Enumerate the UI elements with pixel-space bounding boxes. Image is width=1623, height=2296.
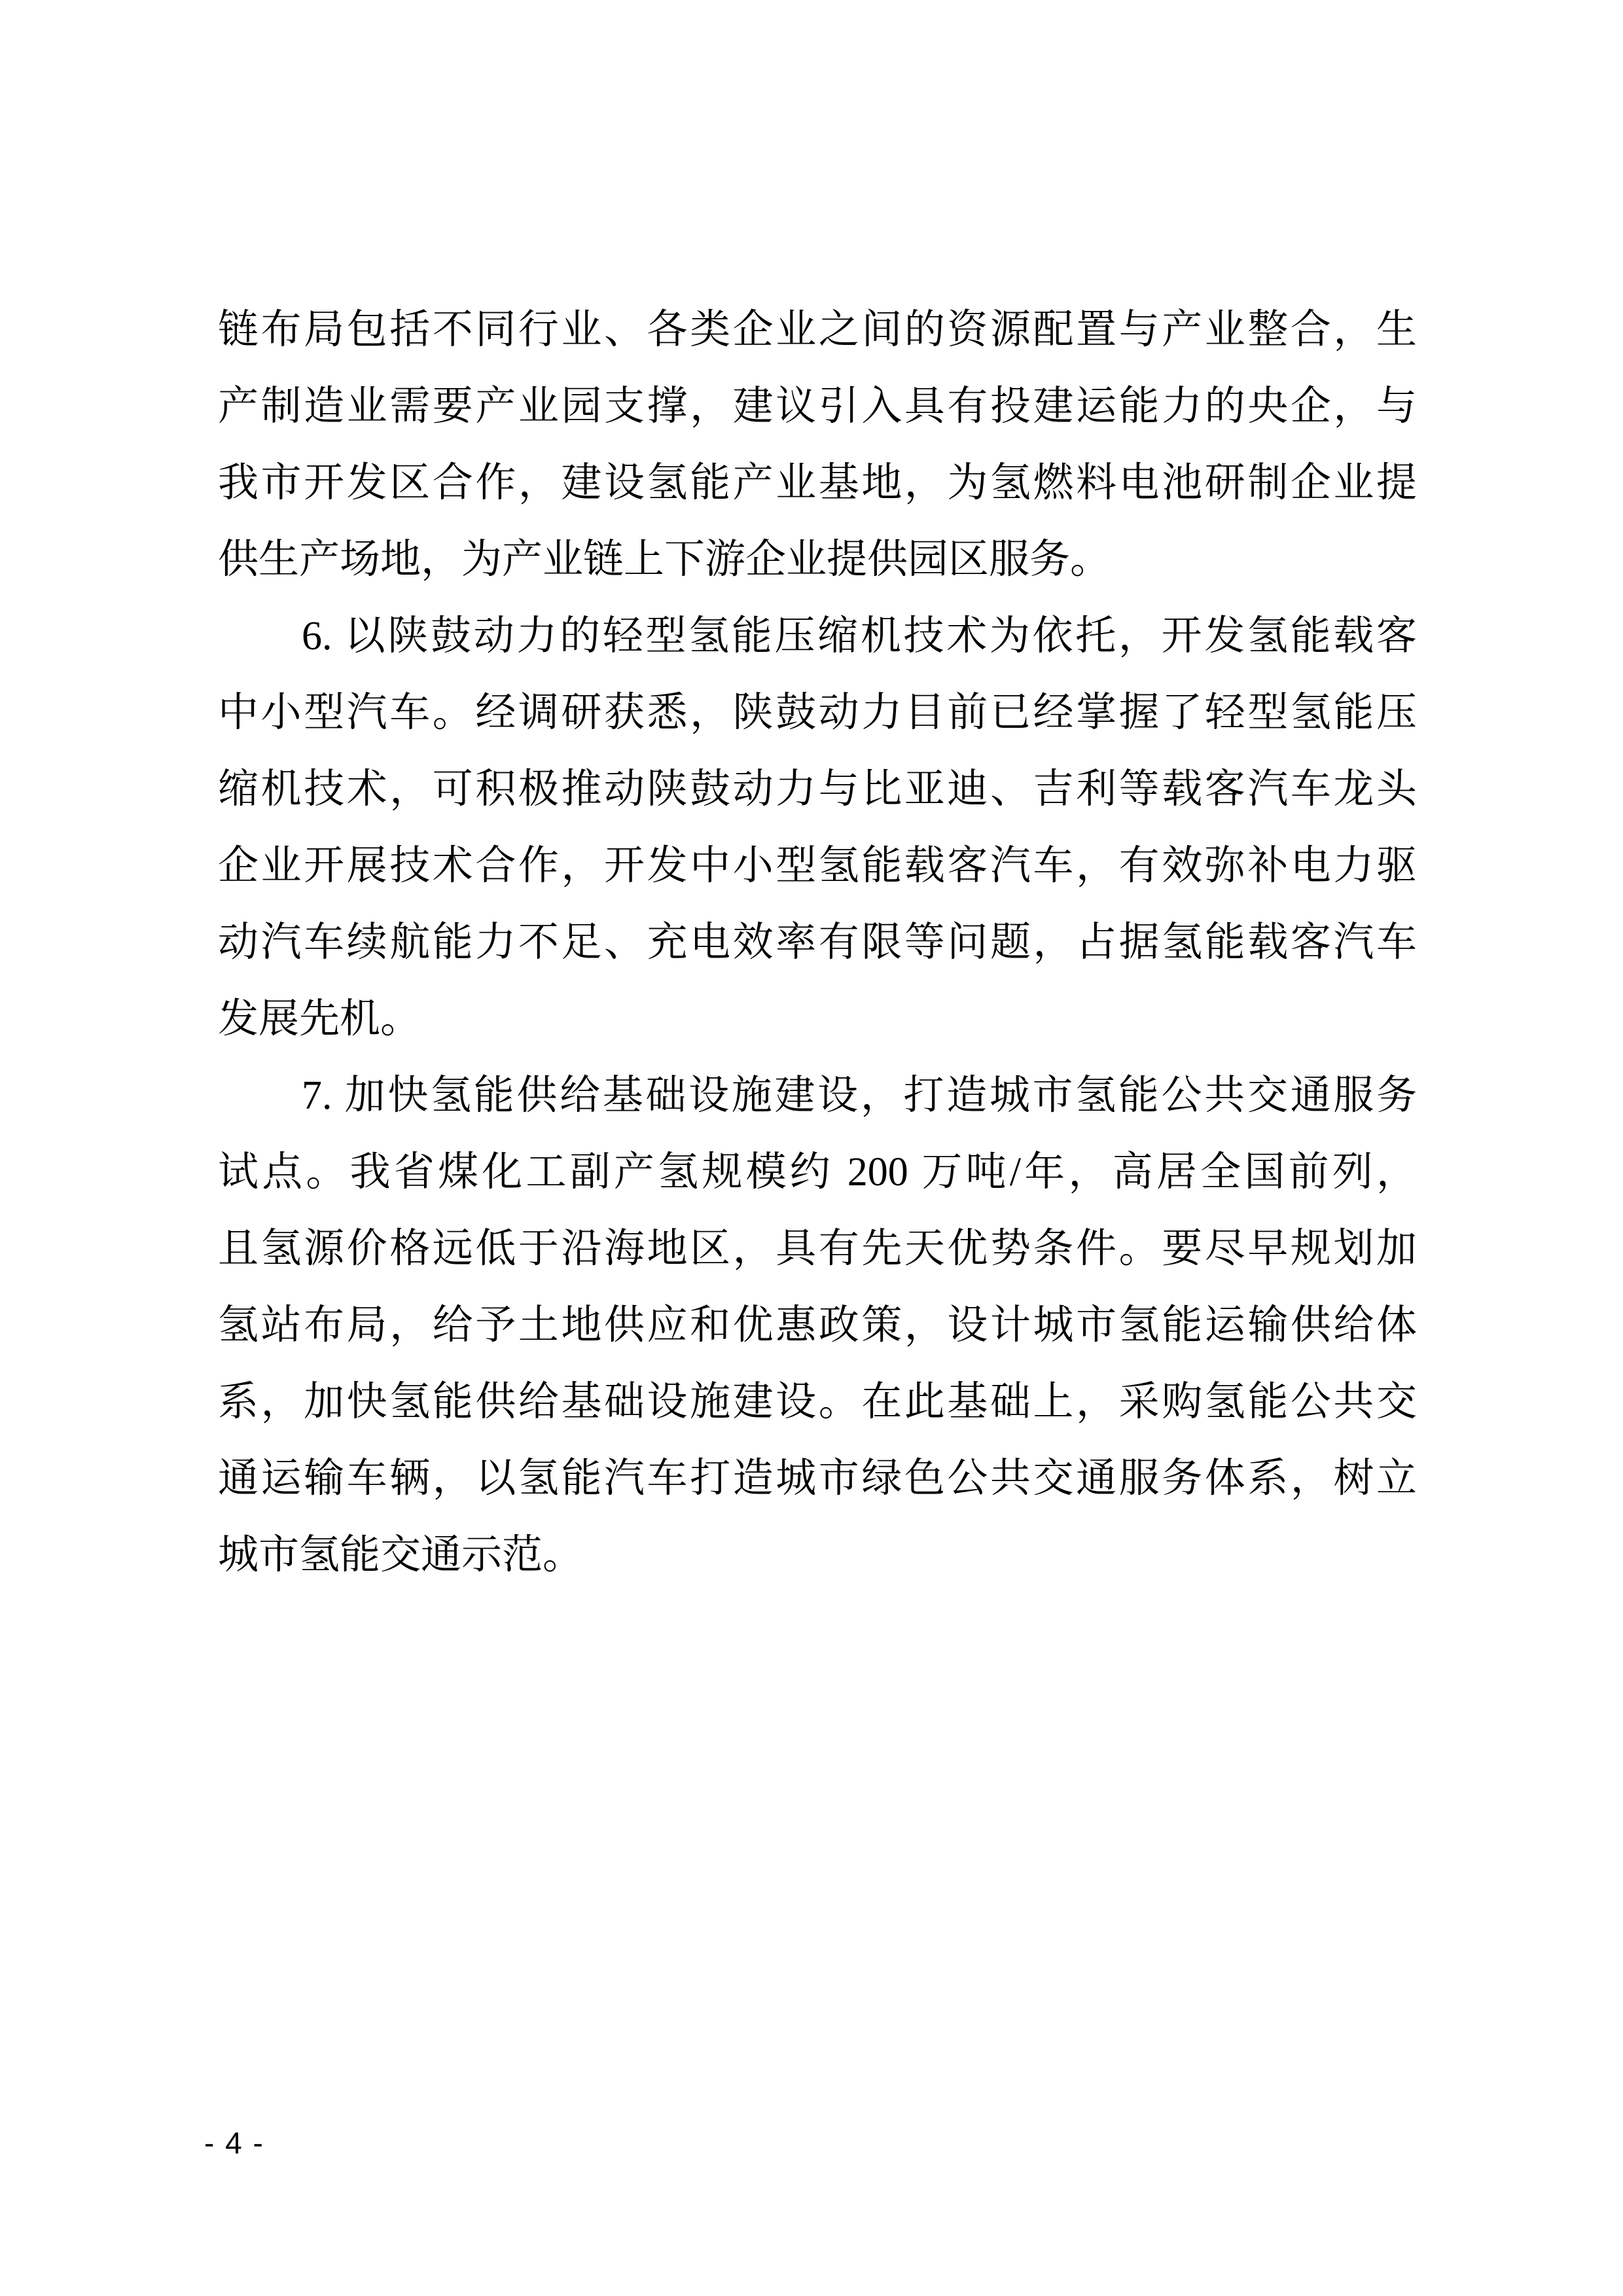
text-line: 缩机技术，可积极推动陕鼓动力与比亚迪、吉利等载客汽车龙头 [218, 751, 1417, 828]
text-line: 产制造业需要产业园支撑，建议引入具有投建运能力的央企，与 [218, 368, 1417, 445]
text-line: 链布局包括不同行业、各类企业之间的资源配置与产业整合，生 [218, 292, 1417, 368]
text-line: 氢站布局，给予土地供应和优惠政策，设计城市氢能运输供给体 [218, 1287, 1417, 1364]
text-line: 企业开展技术合作，开发中小型氢能载客汽车，有效弥补电力驱 [218, 828, 1417, 905]
text-line: 我市开发区合作，建设氢能产业基地，为氢燃料电池研制企业提 [218, 445, 1417, 522]
text-line: 6. 以陕鼓动力的轻型氢能压缩机技术为依托，开发氢能载客 [218, 598, 1417, 675]
text-line: 发展先机。 [218, 981, 1417, 1058]
text-line: 中小型汽车。经调研获悉，陕鼓动力目前已经掌握了轻型氢能压 [218, 675, 1417, 751]
text-line: 系，加快氢能供给基础设施建设。在此基础上，采购氢能公共交 [218, 1364, 1417, 1441]
text-line: 且氢源价格远低于沿海地区，具有先天优势条件。要尽早规划加 [218, 1211, 1417, 1287]
document-body: 链布局包括不同行业、各类企业之间的资源配置与产业整合，生产制造业需要产业园支撑，… [218, 292, 1417, 1594]
text-line: 试点。我省煤化工副产氢规模约 200 万吨/年，高居全国前列， [218, 1134, 1417, 1211]
page-number: - 4 - [204, 2126, 264, 2160]
text-line: 7. 加快氢能供给基础设施建设，打造城市氢能公共交通服务 [218, 1058, 1417, 1134]
text-line: 供生产场地，为产业链上下游企业提供园区服务。 [218, 522, 1417, 598]
text-line: 通运输车辆，以氢能汽车打造城市绿色公共交通服务体系，树立 [218, 1441, 1417, 1517]
text-line: 动汽车续航能力不足、充电效率有限等问题，占据氢能载客汽车 [218, 905, 1417, 981]
text-line: 城市氢能交通示范。 [218, 1517, 1417, 1594]
document-page: 链布局包括不同行业、各类企业之间的资源配置与产业整合，生产制造业需要产业园支撑，… [0, 0, 1623, 2296]
